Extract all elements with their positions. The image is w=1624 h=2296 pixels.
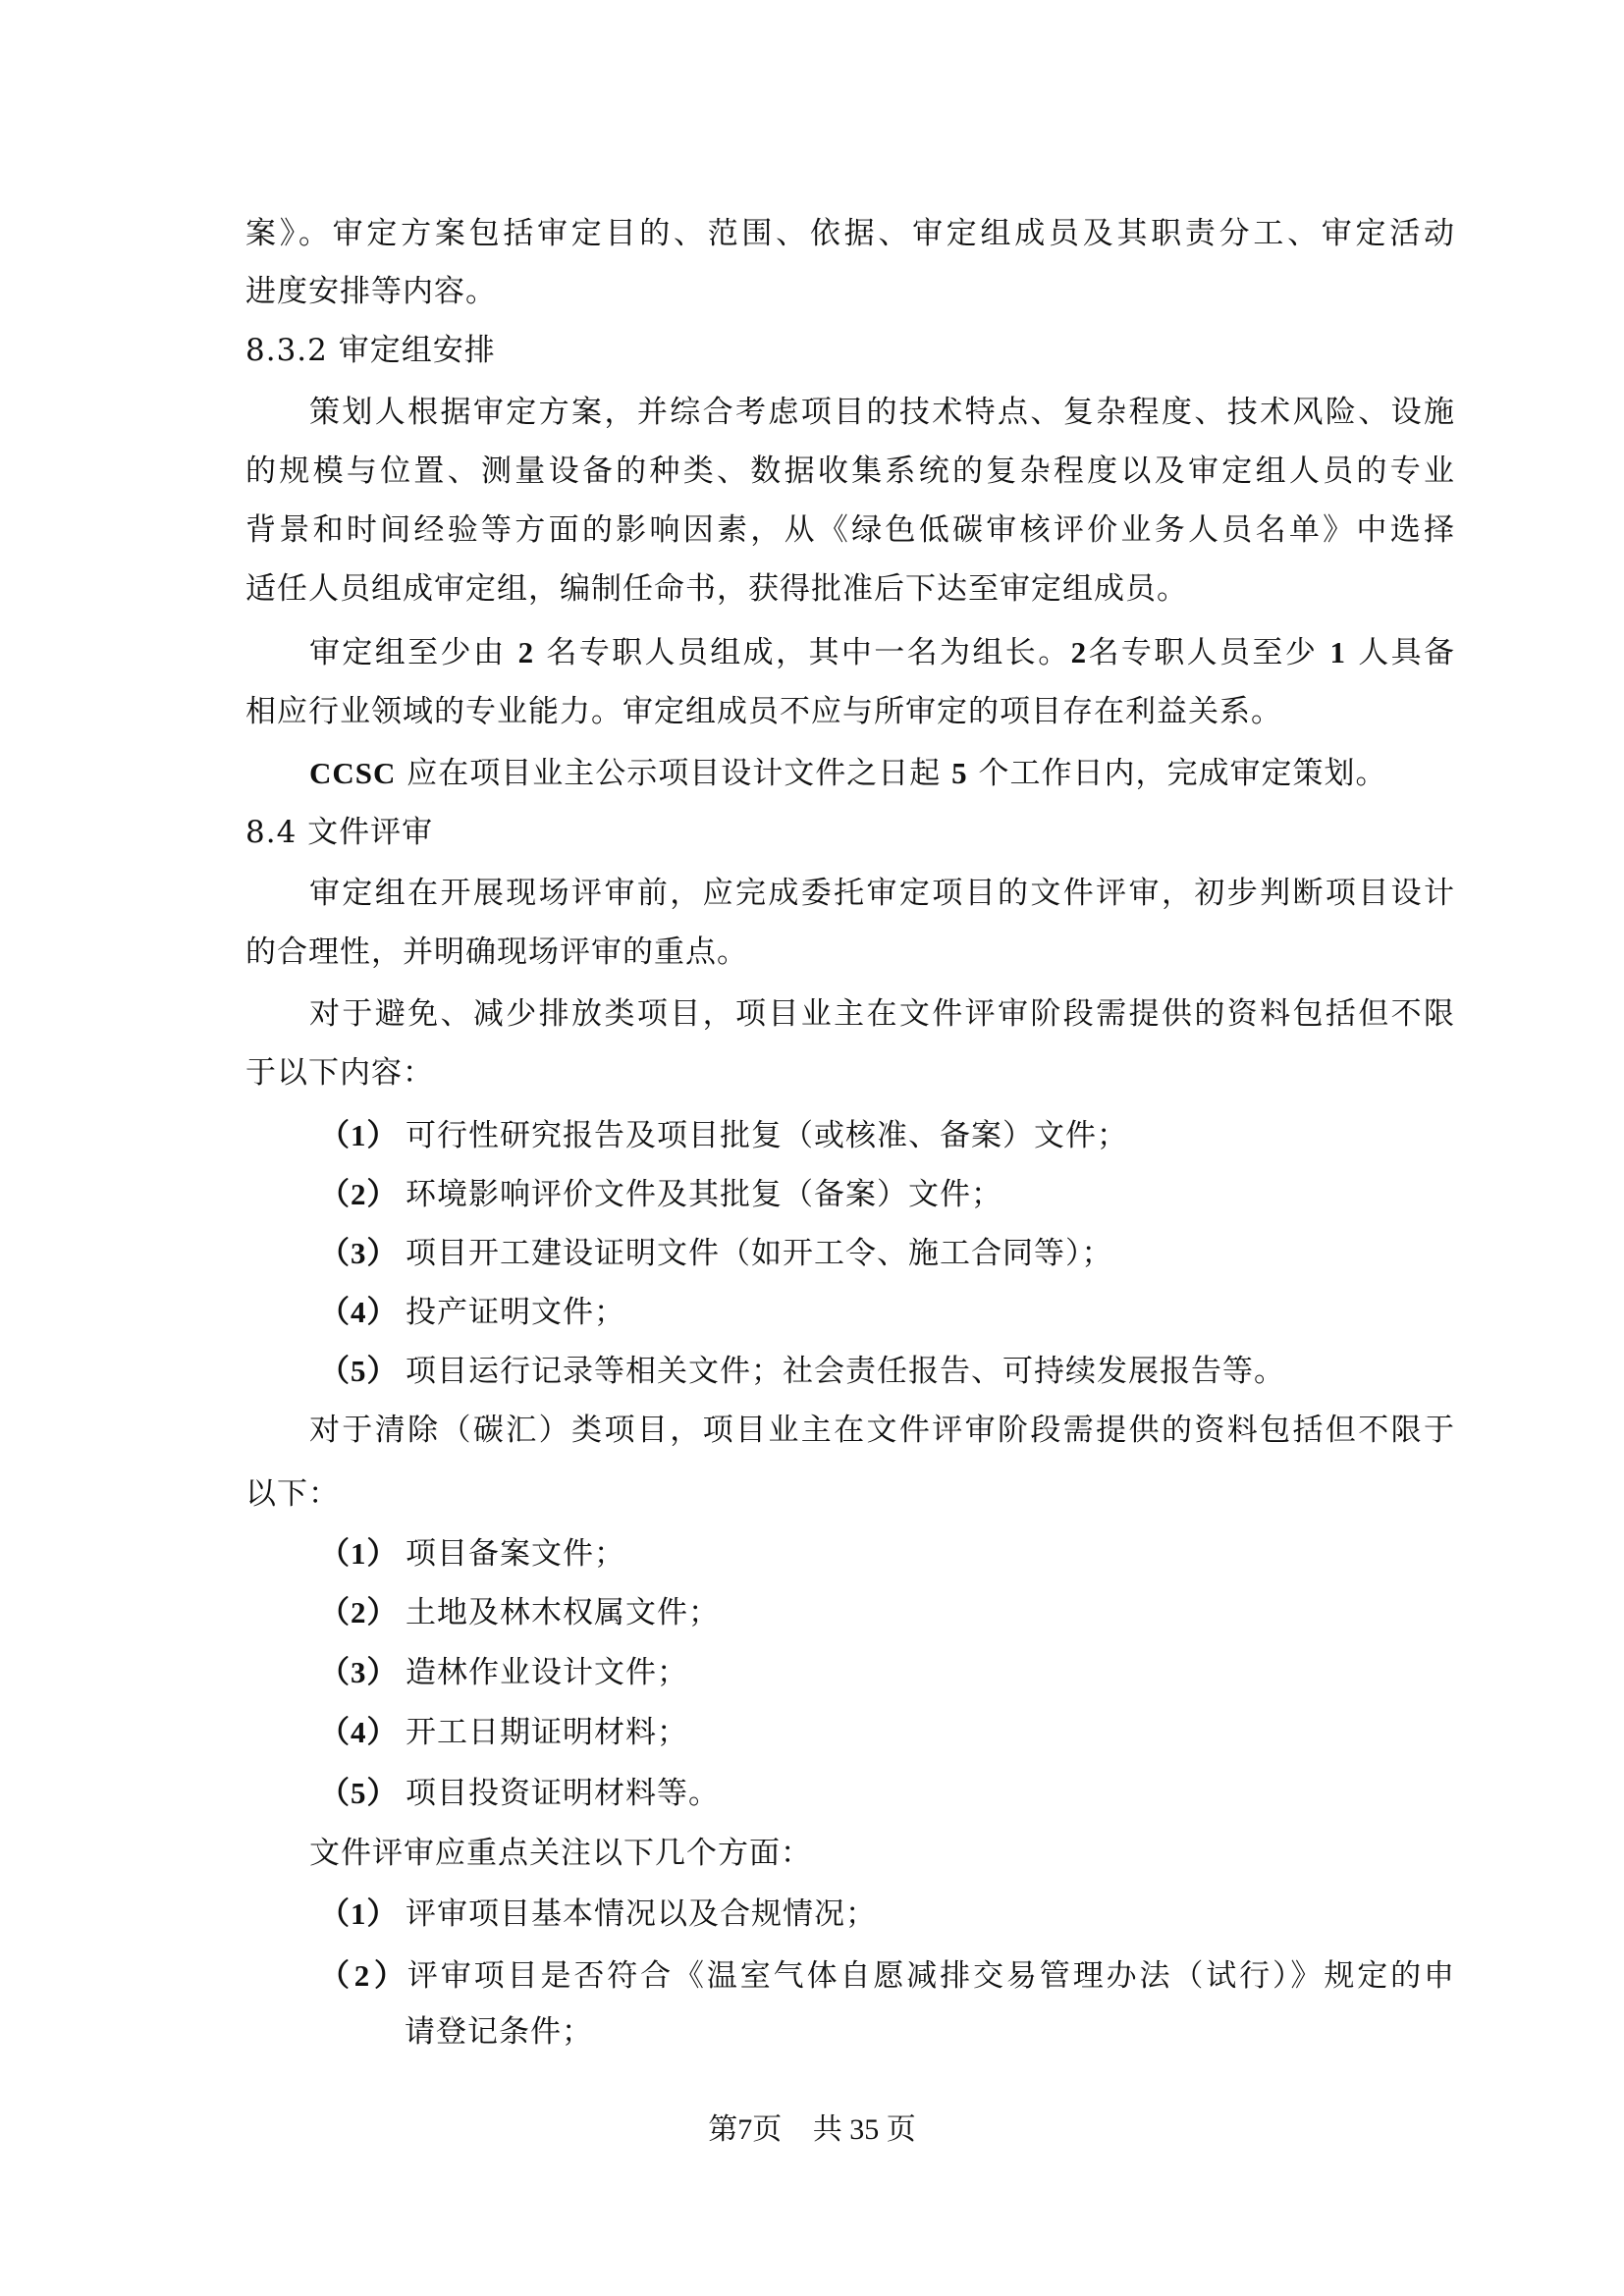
list-text: 项目开工建设证明文件（如开工令、施工合同等）； xyxy=(406,1236,1113,1271)
list-item: （5）项目投资证明材料等。 xyxy=(319,1772,1455,1815)
paragraph-line: 对于清除（碳汇）类项目，项目业主在文件评审阶段需提供的资料包括但不限于 xyxy=(309,1409,1455,1452)
list-number: （4） xyxy=(319,1291,406,1334)
list-item: （3）造林作业设计文件； xyxy=(319,1651,1455,1694)
list-item: （5）项目运行记录等相关文件；社会责任报告、可持续发展报告等。 xyxy=(319,1350,1455,1393)
paragraph-line: 案》。审定方案包括审定目的、范围、依据、审定组成员及其职责分工、审定活动 xyxy=(245,212,1455,255)
number-run: 2 xyxy=(518,635,535,669)
org-name-run: CCSC xyxy=(309,756,396,790)
number-run: 1 xyxy=(1329,635,1346,669)
list-item-continuation: 请登记条件； xyxy=(405,2010,1455,2054)
list-number: （5） xyxy=(319,1350,406,1393)
paragraph-line: 的规模与位置、测量设备的种类、数据收集系统的复杂程度以及审定组人员的专业 xyxy=(245,450,1455,493)
list-text: 土地及林木权属文件； xyxy=(406,1595,720,1630)
list-text: 评审项目是否符合《温室气体自愿减排交易管理办法（试行）》规定的申 xyxy=(406,1958,1455,1994)
paragraph-line: 进度安排等内容。 xyxy=(245,270,1455,313)
list-number: （5） xyxy=(319,1772,406,1815)
list-item: （2）环境影响评价文件及其批复（备案）文件； xyxy=(319,1173,1455,1216)
paragraph-line: CCSC 应在项目业主公示项目设计文件之日起 5 个工作日内，完成审定策划。 xyxy=(309,752,1455,795)
list-item: （1）可行性研究报告及项目批复（或核准、备案）文件； xyxy=(319,1114,1455,1157)
list-number: （2） xyxy=(319,1591,406,1634)
list-number: （1） xyxy=(319,1114,406,1157)
paragraph-line: 文件评审应重点关注以下几个方面： xyxy=(309,1832,1455,1875)
paragraph-line: 的合理性，并明确现场评审的重点。 xyxy=(245,931,1455,974)
section-heading-8-3-2: 8.3.2 审定组安排 xyxy=(245,329,1455,372)
list-item: （3）项目开工建设证明文件（如开工令、施工合同等）； xyxy=(319,1232,1455,1275)
list-number: （3） xyxy=(319,1232,406,1275)
page-number: 第7页 xyxy=(708,2113,782,2146)
list-number: （1） xyxy=(319,1893,406,1936)
paragraph-line: 审定组至少由 2 名专职人员组成，其中一名为组长。2名专职人员至少 1 人具备 xyxy=(309,631,1455,674)
list-item: （2）土地及林木权属文件； xyxy=(319,1591,1455,1634)
list-text: 可行性研究报告及项目批复（或核准、备案）文件； xyxy=(406,1118,1128,1153)
list-text: 项目运行记录等相关文件；社会责任报告、可持续发展报告等。 xyxy=(406,1354,1285,1389)
number-run: 2 xyxy=(1071,635,1088,669)
paragraph-line: 适任人员组成审定组，编制任命书，获得批准后下达至审定组成员。 xyxy=(245,567,1455,611)
list-text: 投产证明文件； xyxy=(406,1295,625,1330)
list-text: 环境影响评价文件及其批复（备案）文件； xyxy=(406,1177,1002,1212)
list-item: （1）评审项目基本情况以及合规情况； xyxy=(319,1893,1455,1936)
paragraph-line: 于以下内容： xyxy=(245,1051,1455,1095)
list-text: 开工日期证明材料； xyxy=(406,1715,688,1750)
list-number: （1） xyxy=(319,1532,406,1575)
list-number: （3） xyxy=(319,1651,406,1694)
paragraph-line: 对于避免、减少排放类项目，项目业主在文件评审阶段需提供的资料包括但不限 xyxy=(309,992,1455,1036)
list-item: （1）项目备案文件； xyxy=(319,1532,1455,1575)
list-text: 评审项目基本情况以及合规情况； xyxy=(406,1896,877,1932)
paragraph-line: 以下： xyxy=(245,1472,1455,1516)
paragraph-line: 审定组在开展现场评审前，应完成委托审定项目的文件评审，初步判断项目设计 xyxy=(309,872,1455,915)
text-run: 名专职人员至少 xyxy=(1087,635,1329,670)
text-run: 应在项目业主公示项目设计文件之日起 xyxy=(396,756,951,791)
section-heading-8-4: 8.4 文件评审 xyxy=(245,811,1455,854)
paragraph-line: 策划人根据审定方案，并综合考虑项目的技术特点、复杂程度、技术风险、设施 xyxy=(309,391,1455,434)
list-number: （2） xyxy=(319,1954,406,1998)
paragraph-line: 背景和时间经验等方面的影响因素，从《绿色低碳审核评价业务人员名单》中选择 xyxy=(245,508,1455,552)
paragraph-line: 相应行业领域的专业能力。审定组成员不应与所审定的项目存在利益关系。 xyxy=(245,690,1455,733)
list-item: （2）评审项目是否符合《温室气体自愿减排交易管理办法（试行）》规定的申 xyxy=(319,1954,1455,1998)
list-number: （4） xyxy=(319,1711,406,1754)
text-run: 人具备 xyxy=(1346,635,1455,670)
list-text: 项目备案文件； xyxy=(406,1536,625,1572)
list-text: 项目投资证明材料等。 xyxy=(406,1776,720,1811)
list-text: 造林作业设计文件； xyxy=(406,1655,688,1690)
number-run: 5 xyxy=(951,756,968,790)
list-number: （2） xyxy=(319,1173,406,1216)
page-footer: 第7页 共 35 页 xyxy=(0,2109,1624,2152)
list-item: （4）投产证明文件； xyxy=(319,1291,1455,1334)
text-run: 名专职人员组成，其中一名为组长。 xyxy=(534,635,1071,670)
page-total: 共 35 页 xyxy=(813,2113,916,2146)
text-run: 个工作日内，完成审定策划。 xyxy=(968,756,1387,791)
text-run: 审定组至少由 xyxy=(309,635,518,670)
list-item: （4）开工日期证明材料； xyxy=(319,1711,1455,1754)
